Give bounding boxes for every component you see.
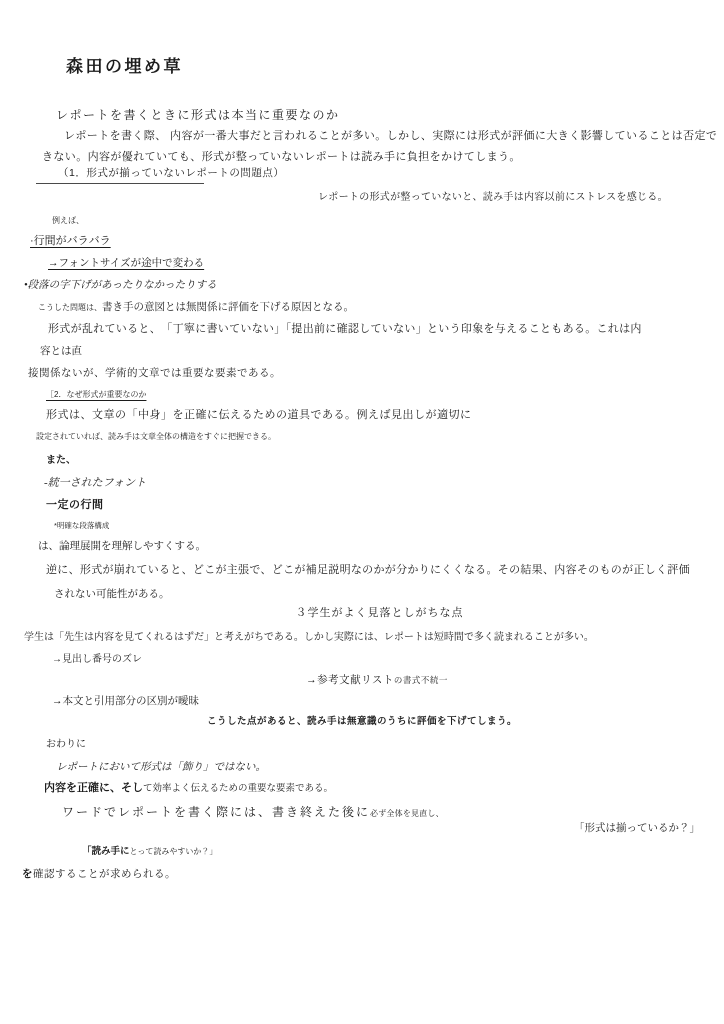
- arrow-reference-list-style: →参考文献リストの書式不統一: [0, 674, 724, 687]
- list-fixed-line-spacing: 一定の行間: [46, 499, 104, 513]
- example-lead-in: 例えば、: [52, 216, 84, 226]
- closing-line-1: レポートにおいて形式は「飾り」ではない。: [56, 761, 266, 774]
- document-title: 森田の埋め草: [66, 56, 183, 77]
- paragraph-segment: 書き手の意図とは無関係に評価を下げる原因となる。: [102, 301, 354, 313]
- final-line: を確認することが求められる。: [22, 868, 176, 881]
- closing-line-2: 内容を正確に、そして効率よく伝えるための重要な要素である。: [44, 782, 333, 796]
- paragraph-segment: →参考文献リスト: [306, 674, 394, 686]
- section-3-line-1: 学生は「先生は内容を見てくれるはずだ」と考えがちである。しかし実際には、レポート…: [24, 632, 594, 645]
- section-1-heading: （1．形式が揃っていないレポートの問題点）: [58, 167, 284, 180]
- paragraph-segment: の書式不統一: [394, 675, 448, 685]
- arrow-heading-number-shift: →見出し番号のズレ: [52, 654, 142, 667]
- bullet-line-spacing: ·行間がバラバラ: [30, 235, 111, 249]
- arrow-quotation-distinction: →本文と引用部分の区別が曖昧: [52, 695, 199, 708]
- paragraph-segment: こうした問題は、: [38, 303, 102, 312]
- section-2-line-2: 設定されていれば、読み手は文章全体の構造をすぐに把握できる。: [36, 432, 276, 442]
- indented-statement: レポートの形式が整っていないと、読み手は内容以前にストレスを感じる。: [318, 192, 668, 205]
- counter-example-line-1: 逆に、形式が崩れていると、どこが主張で、どこが補足説明なのかが分かりにくくなる。…: [46, 564, 690, 578]
- also-lead-in: また、: [46, 455, 76, 468]
- list-clear-paragraphs: *明確な段落構成: [54, 521, 109, 530]
- paragraph-segment: て効率よく伝えるための重要な要素である。: [143, 784, 333, 794]
- list-conclusion-line: は、論理展開を理解しやすくする。: [38, 540, 206, 553]
- stray-underline: [36, 183, 204, 184]
- paragraph-segment: 確認することが求められる。: [33, 868, 176, 880]
- impression-line-2: 容とは直: [40, 345, 82, 358]
- quote-format-check: 「形式は揃っているか？」: [0, 822, 700, 835]
- section-2-heading: ［2．なぜ形式が重要なのか: [46, 390, 146, 400]
- bullet-font-size: →フォントサイズが途中で変わる: [48, 257, 204, 270]
- document-page: 森田の埋め草 レポートを書くときに形式は本当に重要なのか レポートを書く際、 内…: [0, 0, 724, 1024]
- closing-heading: おわりに: [46, 739, 86, 752]
- subtitle-question: レポートを書くときに形式は本当に重要なのか: [56, 108, 340, 123]
- paragraph-segment: 必ず全体を見直し、: [370, 809, 444, 818]
- paragraph-segment: 「読み手に: [82, 846, 130, 857]
- list-unified-font: -統一されたフォント: [44, 477, 146, 491]
- quote-readability-check: 「読み手にとって読みやすいか？」: [82, 846, 217, 858]
- closing-line-3: ワードでレポートを書く際には、書き終えた後に必ず全体を見直し、: [62, 805, 444, 820]
- paragraph-segment: 内容を正確に、そし: [44, 782, 143, 794]
- intro-line-2: きない。内容が優れていても、形式が整っていないレポートは読み手に負担をかけてしま…: [42, 151, 521, 165]
- impression-line-1: 形式が乱れていると、 「丁寧に書いていない」「提出前に確認していない」という印象…: [48, 323, 642, 337]
- bullet-indentation: •段落の字下げがあったりなかったりする: [24, 279, 217, 292]
- paragraph-segment: ワードでレポートを書く際には、書き終えた後に: [62, 805, 370, 819]
- problems-consequence-line: こうした問題は、書き手の意図とは無関係に評価を下げる原因となる。: [38, 301, 354, 314]
- emphasis-warning-line: こうした点があると、読み手は無意識のうちに評価を下げてしまう。: [0, 716, 724, 728]
- counter-example-line-2: されない可能性がある。: [54, 588, 170, 601]
- section-3-heading: ３学生がよく見落としがちな点: [0, 607, 724, 621]
- intro-line-1: レポートを書く際、 内容が一番大事だと言われることが多い。しかし、実際には形式が…: [64, 130, 717, 144]
- section-2-line-1: 形式は、文章の「中身」を正確に伝えるための道具である。例えば見出しが適切に: [46, 409, 472, 423]
- impression-line-3: 接関係ないが、学術的文章では重要な要素である。: [28, 367, 281, 380]
- paragraph-segment: とって読みやすいか？」: [130, 847, 218, 856]
- paragraph-segment: を: [22, 868, 33, 880]
